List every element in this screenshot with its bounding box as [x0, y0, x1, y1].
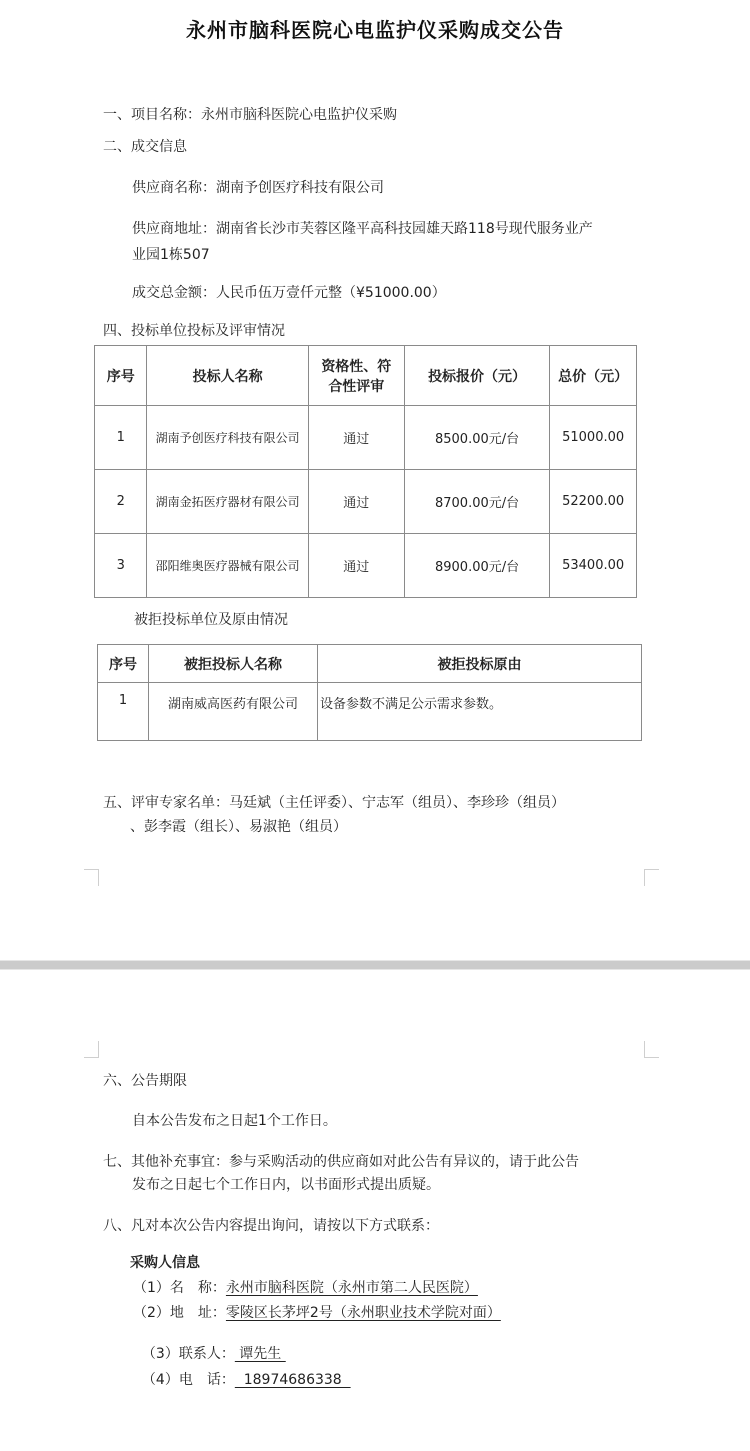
header-review: 资格性、符合性评审 — [308, 346, 404, 406]
buyer-name-label: （1）名 称： — [133, 1280, 226, 1296]
cell-price: 8700.00元/台 — [404, 470, 549, 534]
page-corner-mark — [644, 1041, 659, 1058]
header-reason: 被拒投标原由 — [318, 645, 642, 683]
cell-review: 通过 — [308, 406, 404, 470]
table-row: 3 邵阳维奥医疗器械有限公司 通过 8900.00元/台 53400.00 — [95, 534, 637, 598]
buyer-phone-value: 18974686338 — [235, 1372, 351, 1388]
buyer-heading: 采购人信息 — [130, 1252, 200, 1272]
project-name: 一、项目名称：永州市脑科医院心电监护仪采购 — [103, 104, 397, 124]
bid-table-header: 序号 投标人名称 资格性、符合性评审 投标报价（元） 总价（元） — [95, 346, 637, 406]
bid-table: 序号 投标人名称 资格性、符合性评审 投标报价（元） 总价（元） 1 湖南予创医… — [94, 345, 637, 598]
buyer-phone-row: （4）电 话： 18974686338 — [133, 1353, 351, 1389]
cell-rejected-bidder: 湖南威高医药有限公司 — [149, 683, 318, 741]
cell-review: 通过 — [308, 534, 404, 598]
cell-reason: 设备参数不满足公示需求参数。 — [318, 683, 642, 741]
cell-bidder: 湖南予创医疗科技有限公司 — [147, 406, 308, 470]
buyer-address-value: 零陵区长茅坪2号（永州职业技术学院对面） — [226, 1305, 501, 1321]
section-notice-period: 六、公告期限 — [103, 1070, 187, 1090]
rejected-table-header: 序号 被拒投标人名称 被拒投标原由 — [98, 645, 642, 683]
page-corner-mark — [84, 1041, 99, 1058]
section-contact: 八、凡对本次公告内容提出询问，请按以下方式联系： — [103, 1215, 439, 1235]
cell-total: 53400.00 — [550, 534, 637, 598]
supplier-address-line2: 业园1栋507 — [132, 244, 210, 264]
buyer-name-row: （1）名 称：永州市脑科医院（永州市第二人民医院） — [133, 1277, 478, 1297]
supplier-name: 供应商名称：湖南予创医疗科技有限公司 — [132, 177, 384, 197]
rejected-title: 被拒投标单位及原由情况 — [134, 609, 288, 629]
page-title: 永州市脑科医院心电监护仪采购成交公告 — [0, 14, 750, 43]
buyer-phone-label: （4）电 话： — [142, 1372, 235, 1388]
total-amount: 成交总金额：人民币伍万壹仟元整（¥51000.00） — [132, 282, 446, 302]
header-no: 序号 — [98, 645, 149, 683]
section-bid-review: 四、投标单位投标及评审情况 — [103, 320, 285, 340]
cell-total: 52200.00 — [550, 470, 637, 534]
page-break — [0, 960, 750, 970]
experts-line2: 、彭李霞（组长）、易淑艳（组员） — [130, 816, 347, 836]
page-corner-mark — [644, 869, 659, 886]
header-rejected-bidder: 被拒投标人名称 — [149, 645, 318, 683]
cell-bidder: 邵阳维奥医疗器械有限公司 — [147, 534, 308, 598]
cell-no: 3 — [95, 534, 147, 598]
table-row: 2 湖南金拓医疗器材有限公司 通过 8700.00元/台 52200.00 — [95, 470, 637, 534]
buyer-address-label: （2）地 址： — [133, 1305, 226, 1321]
page-corner-mark — [84, 869, 99, 886]
cell-no: 1 — [98, 683, 149, 741]
buyer-address-row: （2）地 址：零陵区长茅坪2号（永州职业技术学院对面） — [133, 1302, 501, 1322]
cell-no: 2 — [95, 470, 147, 534]
cell-price: 8500.00元/台 — [404, 406, 549, 470]
header-no: 序号 — [95, 346, 147, 406]
other-matters-line1: 七、其他补充事宜：参与采购活动的供应商如对此公告有异议的，请于此公告 — [103, 1151, 579, 1171]
cell-bidder: 湖南金拓医疗器材有限公司 — [147, 470, 308, 534]
experts-line1: 五、评审专家名单：马廷斌（主任评委）、宁志军（组员）、李珍珍（组员） — [103, 792, 565, 812]
header-bidder: 投标人名称 — [147, 346, 308, 406]
cell-review: 通过 — [308, 470, 404, 534]
notice-period-body: 自本公告发布之日起1个工作日。 — [132, 1110, 337, 1130]
header-price: 投标报价（元） — [404, 346, 549, 406]
section-deal-info: 二、成交信息 — [103, 136, 187, 156]
buyer-name-value: 永州市脑科医院（永州市第二人民医院） — [226, 1280, 478, 1296]
other-matters-line2: 发布之日起七个工作日内，以书面形式提出质疑。 — [132, 1174, 440, 1194]
cell-price: 8900.00元/台 — [404, 534, 549, 598]
supplier-address-line1: 供应商地址：湖南省长沙市芙蓉区隆平高科技园雄天路118号现代服务业产 — [132, 218, 593, 238]
header-total: 总价（元） — [550, 346, 637, 406]
cell-no: 1 — [95, 406, 147, 470]
table-row: 1 湖南威高医药有限公司 设备参数不满足公示需求参数。 — [98, 683, 642, 741]
table-row: 1 湖南予创医疗科技有限公司 通过 8500.00元/台 51000.00 — [95, 406, 637, 470]
cell-total: 51000.00 — [550, 406, 637, 470]
rejected-table: 序号 被拒投标人名称 被拒投标原由 1 湖南威高医药有限公司 设备参数不满足公示… — [97, 644, 642, 741]
